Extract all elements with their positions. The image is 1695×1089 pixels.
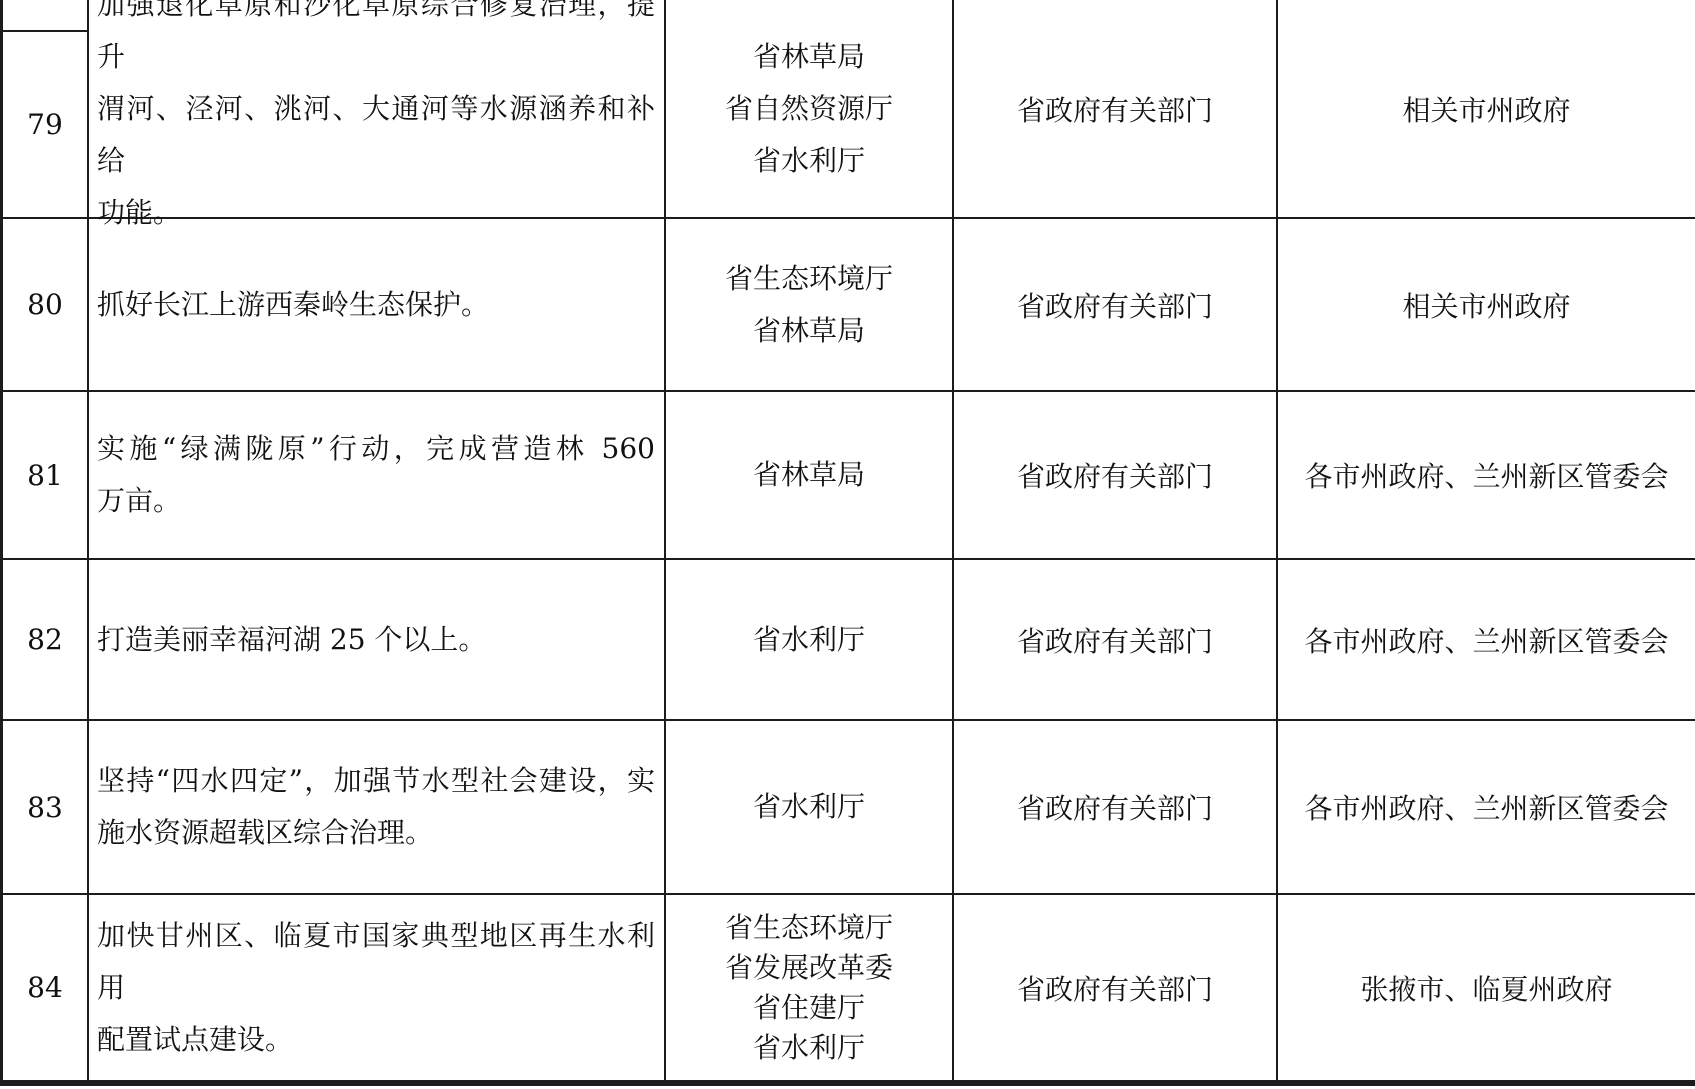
implementing-unit-cell: 各市州政府、兰州新区管委会 [1278, 560, 1695, 719]
unit-name: 省林草局 [725, 305, 893, 357]
implementing-unit-cell: 相关市州政府 [1278, 219, 1695, 390]
implementing-unit-cell: 张掖市、临夏州政府 [1278, 895, 1695, 1080]
unit-name: 省政府有关部门 [1017, 787, 1213, 827]
responsible-units-cell: 省生态环境厅 省林草局 [666, 219, 952, 390]
row-number: 82 [27, 623, 63, 656]
task-cell: 加强退化草原和沙化草原综合修复治理，提升 渭河、泾河、洮河、大通河等水源涵养和补… [89, 0, 664, 218]
task-line: 坚持“四水四定”，加强节水型社会建设，实 [97, 755, 655, 807]
task-line: 施水资源超载区综合治理。 [97, 807, 655, 859]
unit-name: 省政府有关部门 [1017, 285, 1213, 325]
unit-name: 省自然资源厅 [725, 83, 893, 135]
unit-name: 各市州政府、兰州新区管委会 [1304, 787, 1668, 827]
unit-name: 省政府有关部门 [1017, 620, 1213, 660]
responsible-units-cell: 省林草局 省自然资源厅 省水利厅 [666, 0, 952, 218]
coordinating-unit-cell: 省政府有关部门 [954, 721, 1276, 893]
coordinating-unit-cell: 省政府有关部门 [954, 895, 1276, 1080]
row-number-cell: 84 [3, 895, 87, 1080]
responsible-units-cell: 省生态环境厅 省发展改革委 省住建厅 省水利厅 [666, 895, 952, 1080]
task-cell: 加快甘州区、临夏市国家典型地区再生水利用 配置试点建设。 [89, 895, 664, 1080]
unit-name: 省生态环境厅 [725, 253, 893, 305]
unit-name: 省政府有关部门 [1017, 455, 1213, 495]
row-number-cell: 82 [3, 560, 87, 719]
unit-name: 各市州政府、兰州新区管委会 [1304, 620, 1668, 660]
coordinating-unit-cell: 省政府有关部门 [954, 219, 1276, 390]
row-number-cell: 79 [3, 31, 87, 218]
row-number: 83 [27, 791, 63, 824]
responsible-units-cell: 省水利厅 [666, 560, 952, 719]
unit-name: 省生态环境厅 [725, 908, 893, 948]
implementing-unit-cell: 各市州政府、兰州新区管委会 [1278, 392, 1695, 558]
unit-name: 省政府有关部门 [1017, 968, 1213, 1008]
unit-name: 省林草局 [753, 449, 865, 501]
unit-name: 省水利厅 [725, 1028, 893, 1068]
task-cell: 抓好长江上游西秦岭生态保护。 [89, 219, 664, 390]
unit-name: 省水利厅 [753, 781, 865, 833]
task-cell: 坚持“四水四定”，加强节水型社会建设，实 施水资源超载区综合治理。 [89, 721, 664, 893]
unit-name: 张掖市、临夏州政府 [1360, 968, 1612, 1008]
unit-name: 省水利厅 [725, 135, 893, 187]
row-number: 81 [27, 459, 63, 492]
task-line: 渭河、泾河、洮河、大通河等水源涵养和补给 [97, 83, 655, 187]
coordinating-unit-cell: 省政府有关部门 [954, 392, 1276, 558]
row-number: 80 [27, 288, 63, 321]
implementing-unit-cell: 相关市州政府 [1278, 0, 1695, 218]
unit-name: 相关市州政府 [1402, 89, 1570, 129]
unit-name: 省住建厅 [725, 988, 893, 1028]
responsible-units-cell: 省林草局 [666, 392, 952, 558]
task-line: 抓好长江上游西秦岭生态保护。 [97, 279, 655, 331]
task-cell: 打造美丽幸福河湖 25 个以上。 [89, 560, 664, 719]
task-cell: 实施“绿满陇原”行动，完成营造林 560 万亩。 [89, 392, 664, 558]
task-table-page: 79 加强退化草原和沙化草原综合修复治理，提升 渭河、泾河、洮河、大通河等水源涵… [0, 0, 1695, 1089]
implementing-unit-cell: 各市州政府、兰州新区管委会 [1278, 721, 1695, 893]
row-number-cell: 81 [3, 392, 87, 558]
unit-name: 各市州政府、兰州新区管委会 [1304, 455, 1668, 495]
row-number-cell: 80 [3, 219, 87, 390]
task-line: 打造美丽幸福河湖 25 个以上。 [97, 614, 655, 666]
responsible-units-cell: 省水利厅 [666, 721, 952, 893]
task-line: 实施“绿满陇原”行动，完成营造林 560 [97, 423, 655, 475]
unit-name: 省政府有关部门 [1017, 89, 1213, 129]
task-line: 加强退化草原和沙化草原综合修复治理，提升 [97, 0, 655, 83]
row-number-cell: 83 [3, 721, 87, 893]
task-line: 加快甘州区、临夏市国家典型地区再生水利用 [97, 910, 655, 1014]
row-number: 79 [27, 108, 63, 141]
table-border-bottom [0, 1080, 1695, 1086]
unit-name: 省发展改革委 [725, 948, 893, 988]
unit-name: 省林草局 [725, 31, 893, 83]
row-number: 84 [27, 971, 63, 1004]
coordinating-unit-cell: 省政府有关部门 [954, 0, 1276, 218]
task-line: 配置试点建设。 [97, 1014, 655, 1066]
unit-name: 相关市州政府 [1402, 285, 1570, 325]
unit-name: 省水利厅 [753, 614, 865, 666]
task-line: 万亩。 [97, 475, 655, 527]
coordinating-unit-cell: 省政府有关部门 [954, 560, 1276, 719]
